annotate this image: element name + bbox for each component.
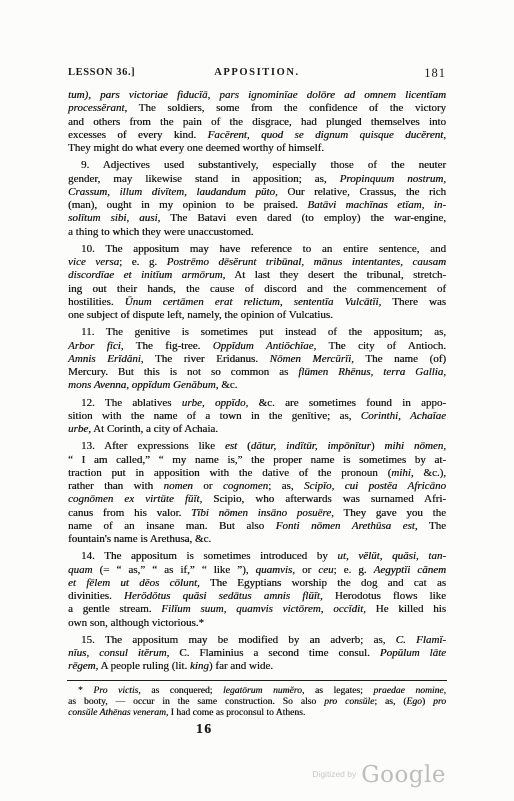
footnote-separator — [67, 680, 447, 681]
text-line: 13. After expressions like est (dătur, i… — [68, 440, 446, 453]
text-line: Arbor fĭci, The fig-tree. Oppĭdum Antiŏc… — [68, 340, 446, 353]
text-line: solĭtum sibi, ausi, The Batavi even dare… — [68, 212, 446, 225]
text-line: a thing to which they were unaccustomed. — [68, 226, 446, 239]
text-line: mons Avenna, oppĭdum Genăbum, &c. — [68, 379, 446, 392]
text-line: one subject of dispute left, namely, the… — [68, 309, 446, 322]
text-line: et fēlem ut dĕos cōlunt, The Egyptians w… — [68, 577, 446, 590]
google-logo: Google — [361, 762, 446, 788]
text-line: discordĭae et initĭum armōrum, At last t… — [68, 269, 446, 282]
text-line: ing out their hands, the cause of discor… — [68, 283, 446, 296]
text-line: canus from his valor. Tĭbi nōmen insāno … — [68, 507, 446, 520]
text-line: (man), ought in my opinion to be praised… — [68, 199, 446, 212]
paragraph: 10. The appositum may have reference to … — [68, 243, 446, 323]
footnote: * Pro victis, as conquered; legatōrum nu… — [68, 685, 446, 719]
text-line: Amnis Erĭdăni, The river Eridanus. Nōmen… — [68, 353, 446, 366]
text-line: and others from the pain of the disgrace… — [68, 116, 446, 129]
text-line: name of an insane man. But also Fonti nō… — [68, 520, 446, 533]
running-head: LESSON 36.] APPOSITION. 181 — [68, 66, 446, 80]
text-line: urbe, At Corinth, a city of Achaia. — [68, 423, 446, 436]
text-line: They might do what every one deemed wort… — [68, 142, 446, 155]
folio-number: 16 — [196, 721, 213, 737]
paragraph: 14. The appositum is sometimes introduce… — [68, 550, 446, 630]
digitized-watermark: Digitized byGoogle — [312, 762, 446, 788]
text-line: as booty, — occur in the same constructi… — [68, 696, 446, 707]
paragraph: 13. After expressions like est (dătur, i… — [68, 440, 446, 546]
text-line: 15. The appositum may be modified by an … — [68, 634, 446, 647]
paragraph: * Pro victis, as conquered; legatōrum nu… — [68, 685, 446, 719]
text-line: * Pro victis, as conquered; legatōrum nu… — [68, 685, 446, 696]
text-line: traction put in apposition with the dati… — [68, 467, 446, 480]
text-line: processĕrant, The soldiers, some from th… — [68, 102, 446, 115]
text-line: 14. The appositum is sometimes introduce… — [68, 550, 446, 563]
page-number: 181 — [424, 66, 446, 81]
text-line: fountain's name is Arethusa, &c. — [68, 533, 446, 546]
text-line: hostilities. Ūnum certāmen erat relictum… — [68, 296, 446, 309]
text-line: a gentle stream. Filĭum suum, quamvis vi… — [68, 603, 446, 616]
text-line: vice versa; e. g. Postrēmo dēsĕrunt trib… — [68, 256, 446, 269]
body-text: tum), pars victoriae fiducĭā, pars ignom… — [68, 89, 446, 674]
text-line: Mercury. But this is not so common as fl… — [68, 366, 446, 379]
paragraph: tum), pars victoriae fiducĭā, pars ignom… — [68, 89, 446, 155]
text-line: rēgem, A people ruling (lit. king) far a… — [68, 660, 446, 673]
paragraph: 15. The appositum may be modified by an … — [68, 634, 446, 674]
text-line: nĭus, consul itĕrum, C. Flaminius a seco… — [68, 647, 446, 660]
text-line: own son, although victorious.* — [68, 617, 446, 630]
paragraph: 11. The genitive is sometimes put instea… — [68, 326, 446, 392]
page-content: LESSON 36.] APPOSITION. 181 tum), pars v… — [68, 66, 446, 737]
text-line: excesses of every kind. Facĕrent, quod s… — [68, 129, 446, 142]
text-line: tum), pars victoriae fiducĭā, pars ignom… — [68, 89, 446, 102]
text-line: 10. The appositum may have reference to … — [68, 243, 446, 256]
watermark-prefix: Digitized by — [312, 769, 356, 779]
scanned-book-page: LESSON 36.] APPOSITION. 181 tum), pars v… — [0, 0, 514, 801]
paragraph: 9. Adjectives used substantively, especi… — [68, 159, 446, 239]
text-line: cognōmen ex virtūte fŭĭt, Scipio, who af… — [68, 493, 446, 506]
text-line: sition with the name of a town in the ge… — [68, 410, 446, 423]
paragraph: 12. The ablatives urbe, oppĭdo, &c. are … — [68, 397, 446, 437]
text-line: quam (= “ as,” “ as if,” “ like ”), quam… — [68, 564, 446, 577]
text-line: divinities. Herŏdŏtus quăsi sedātus amni… — [68, 590, 446, 603]
text-line: 12. The ablatives urbe, oppĭdo, &c. are … — [68, 397, 446, 410]
text-line: gender, may likewise stand in apposition… — [68, 173, 446, 186]
chapter-title: APPOSITION. — [68, 67, 446, 78]
text-line: consŭle Athēnas veneram, I had come as p… — [68, 707, 446, 718]
text-line: 9. Adjectives used substantively, especi… — [68, 159, 446, 172]
text-line: 11. The genitive is sometimes put instea… — [68, 326, 446, 339]
text-line: Crassum, illum divĭtem, laudandum pŭto, … — [68, 186, 446, 199]
text-line: rather than with nomen or cognomen; as, … — [68, 480, 446, 493]
text-line: “ I am called,” “ my name is,” the prope… — [68, 454, 446, 467]
